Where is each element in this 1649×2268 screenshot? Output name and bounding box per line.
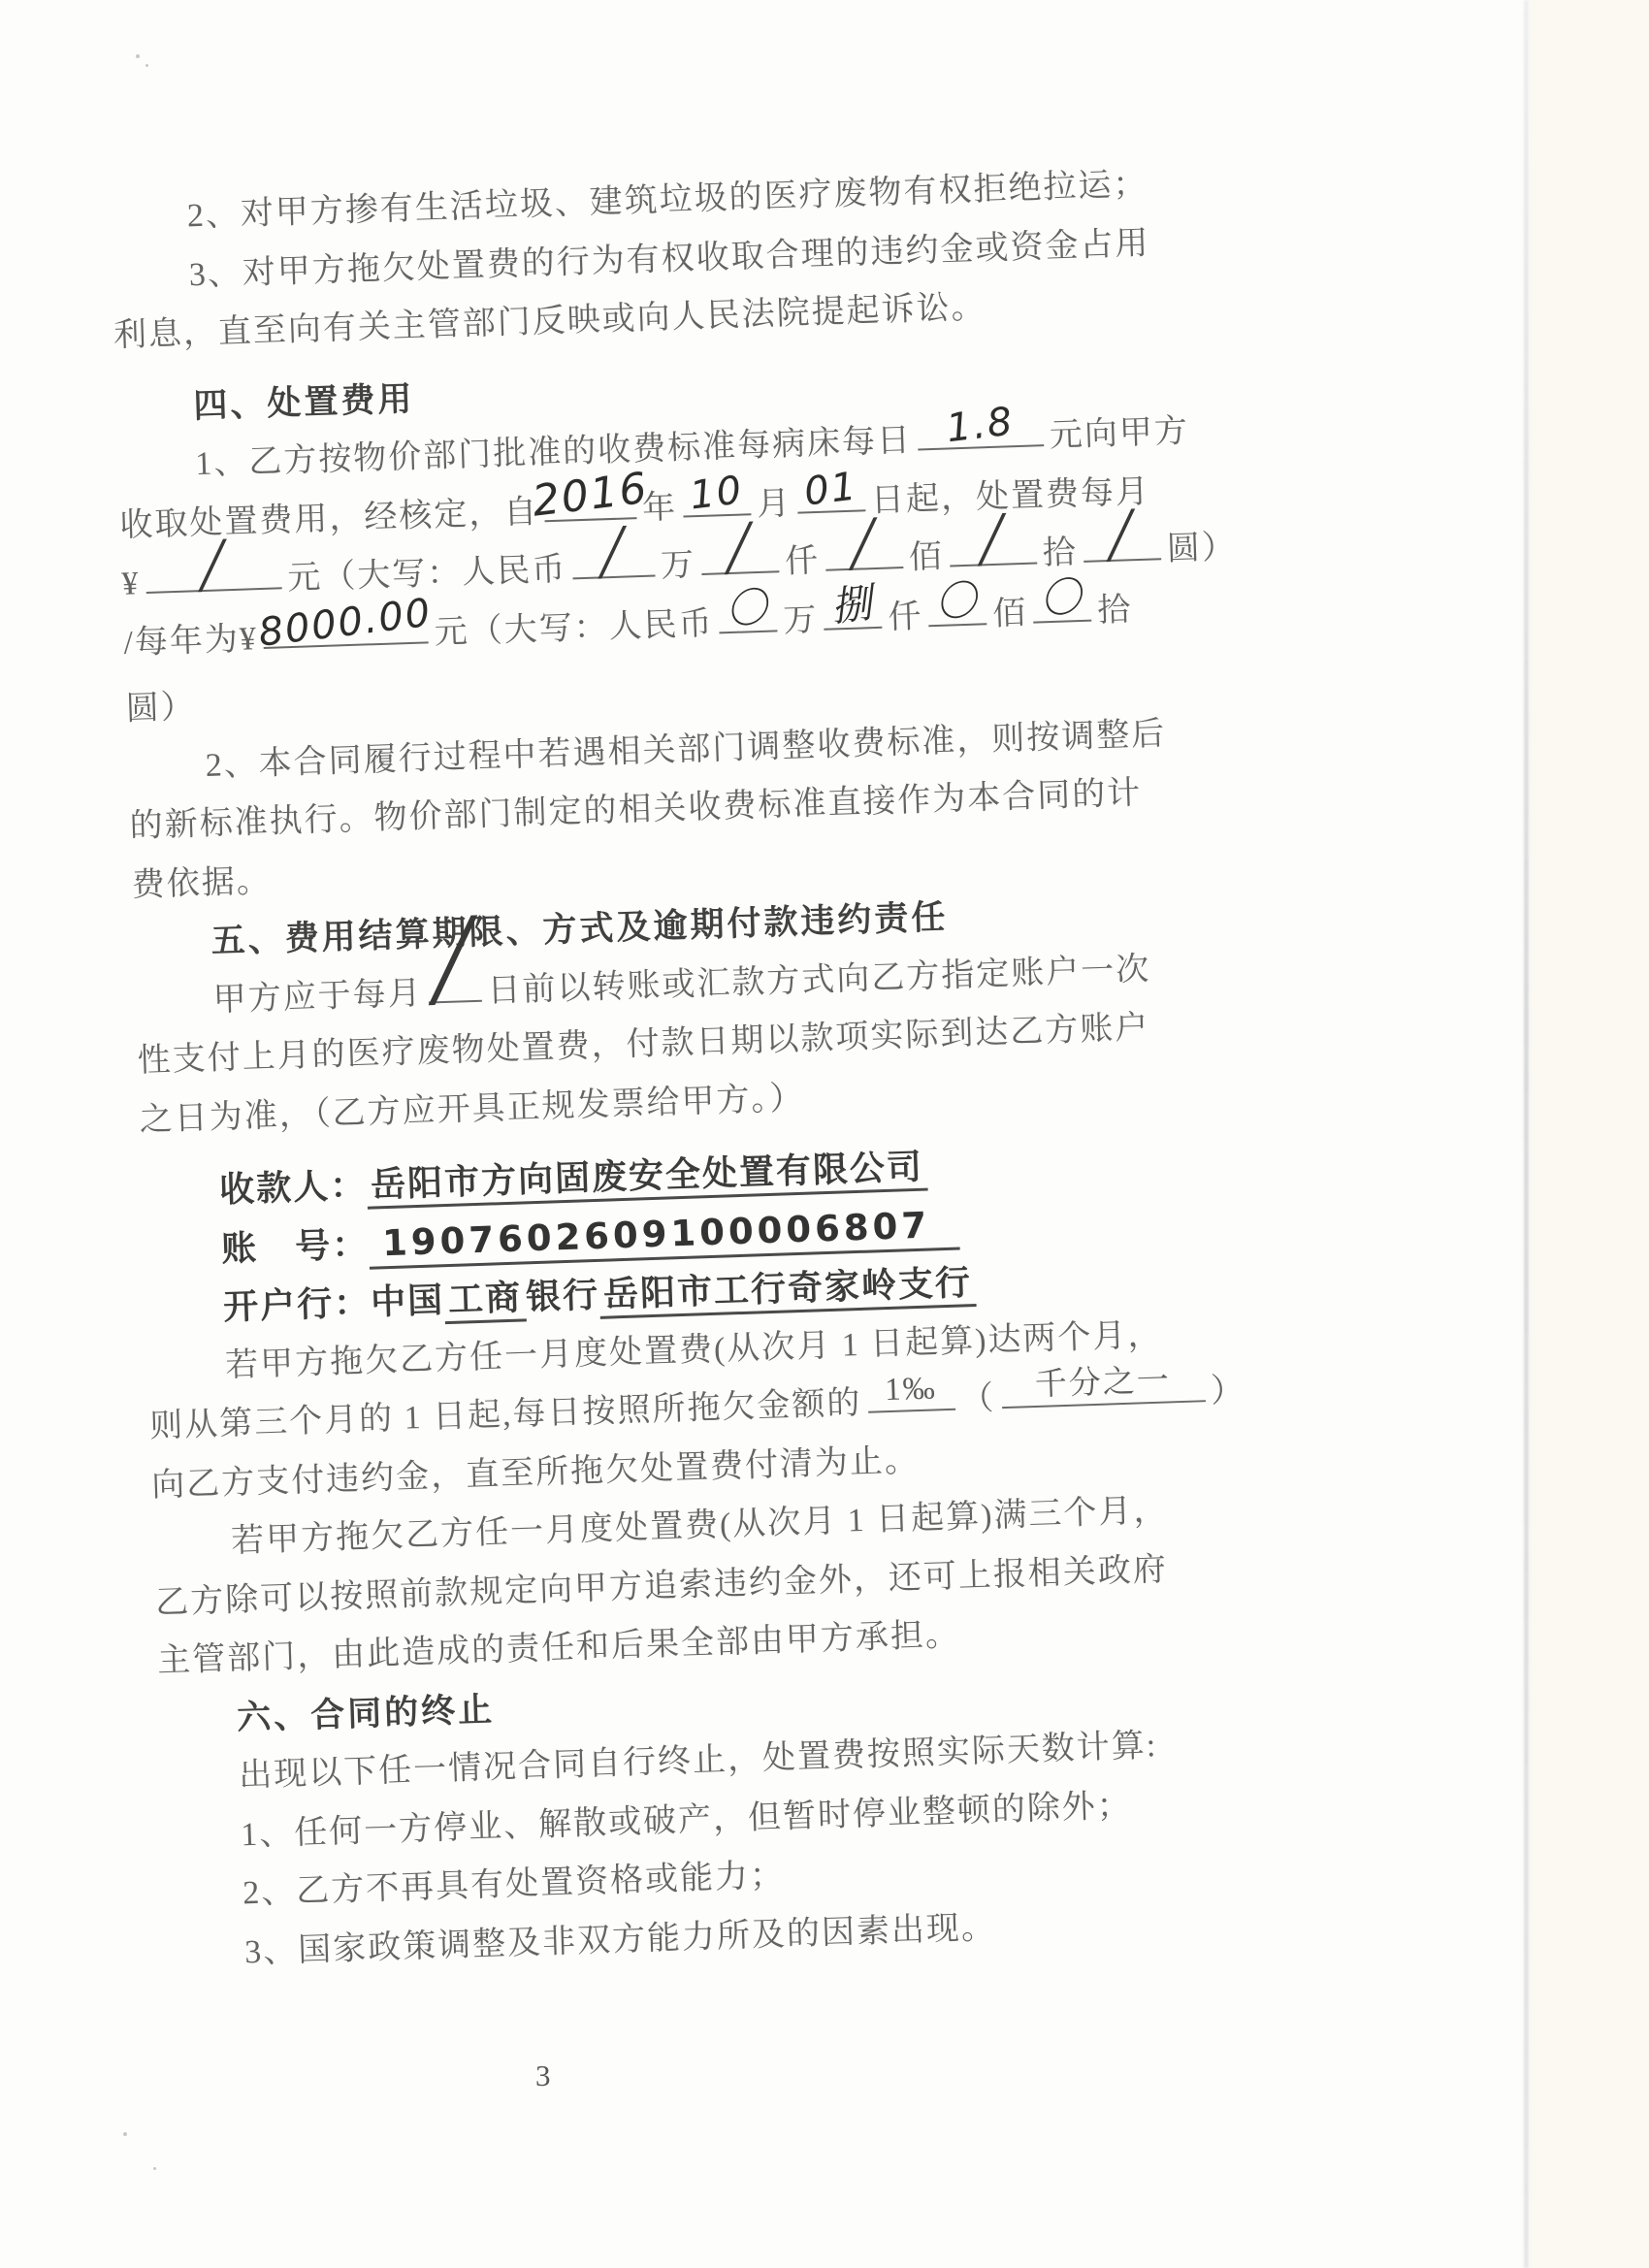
handwritten-slash: ╱: [429, 922, 479, 999]
yuan-blank: ╱: [1083, 548, 1161, 563]
handwritten-slash: ╱: [849, 521, 879, 567]
page-number: 3: [535, 2058, 551, 2093]
clause-text: 元向甲方: [1049, 413, 1189, 454]
scan-speck: [123, 2132, 127, 2136]
yearly-amount-blank: 8000.00: [264, 632, 429, 649]
monthly-amount-blank: ╱: [145, 577, 281, 594]
left-paren: （: [960, 1380, 996, 1417]
qian-blank-2: 捌: [824, 616, 882, 630]
heading-text: 六、合同的终止: [237, 1690, 496, 1736]
handwritten-month: 10: [688, 470, 745, 515]
contract-body: 2、对甲方掺有生活垃圾、建筑垃圾的医疗废物有权拒绝拉运； 3、对甲方拖欠处置费的…: [109, 155, 1235, 1985]
handwritten-daily-fee: 1.8: [945, 402, 1017, 448]
penalty-rate-cn-blank: 千分之一: [1001, 1390, 1205, 1409]
yuan-close: 圆）: [1166, 530, 1237, 567]
qian-label: 仟: [888, 599, 923, 635]
scan-speck: [136, 54, 140, 58]
wan-blank: ╱: [572, 566, 655, 580]
scan-speck: [145, 64, 148, 67]
scan-edge-line: [1524, 0, 1529, 2268]
wan-blank-2: 〇: [720, 620, 778, 633]
clause-text: 圆）: [125, 689, 196, 727]
account-label: 账 号：: [221, 1223, 370, 1268]
bai-blank: ╱: [825, 557, 903, 571]
day-blank: 01: [797, 500, 865, 513]
clause-text: 日前以转账或汇款方式向乙方指定账户一次: [487, 951, 1151, 1009]
clause-text: 元（大写：人民币: [434, 605, 714, 651]
qian-blank: ╱: [701, 561, 779, 575]
qian-label: 仟: [784, 543, 820, 580]
bai-label: 佰: [908, 539, 944, 576]
shi-label: 拾: [1042, 535, 1078, 571]
penalty-rate-chinese: 千分之一: [1034, 1365, 1171, 1402]
clause-text: 则从第三个月的 1 日起,每日按照所拖欠金额的: [149, 1385, 862, 1444]
clause-text: 收取处置费用，经核定，自: [119, 494, 539, 543]
handwritten-slash: ╱: [725, 525, 755, 570]
daily-fee-blank: 1.8: [918, 435, 1044, 450]
penalty-rate-blank: 1‰: [867, 1399, 954, 1413]
shi-blank-2: 〇: [1033, 609, 1091, 623]
clause-text: 甲方应于每月: [212, 975, 423, 1018]
heading-text: 四、处置费用: [193, 379, 415, 425]
penalty-rate: 1‰: [885, 1373, 938, 1407]
scan-speck: [153, 2167, 156, 2170]
month-label: 月: [756, 485, 792, 522]
scan-edge-zone: [1530, 0, 1649, 2268]
handwritten-day: 01: [802, 467, 859, 511]
clause-text: 2、乙方不再具有处置资格或能力；: [242, 1858, 786, 1912]
bank-label: 开户行：: [223, 1282, 372, 1327]
month-blank: 10: [683, 503, 751, 517]
yen-sign: ¥: [121, 566, 141, 602]
bank-branch: 岳阳市工行奇家岭支行: [598, 1262, 976, 1319]
handwritten-slash: ╱: [198, 542, 228, 588]
handwritten-slash: ╱: [598, 529, 629, 574]
shi-label: 拾: [1097, 592, 1133, 629]
right-paren: ）: [1211, 1373, 1246, 1409]
bai-label: 佰: [992, 595, 1028, 632]
clause-text: /每年为¥: [123, 621, 259, 662]
handwritten-year: 2016: [530, 467, 650, 523]
handwritten-capital-digit: 捌: [829, 582, 877, 628]
clause-text: 费依据。: [131, 862, 272, 903]
bank-name-part: 工商: [443, 1277, 526, 1324]
handwritten-capital-digit: 〇: [934, 578, 982, 624]
scanned-contract-page: 2、对甲方掺有生活垃圾、建筑垃圾的医疗废物有权拒绝拉运； 3、对甲方拖欠处置费的…: [0, 0, 1649, 2268]
bank-name-part: 银行: [525, 1275, 599, 1316]
wan-label: 万: [661, 547, 696, 584]
handwritten-slash: ╱: [978, 516, 1008, 562]
bank-name-part: 中国: [370, 1280, 444, 1321]
handwritten-capital-digit: 〇: [1039, 575, 1086, 621]
payee-label: 收款人：: [219, 1165, 368, 1210]
clause-text: 之日为准，（乙方应开具正规发票给甲方。）: [139, 1080, 805, 1138]
wan-label: 万: [783, 601, 819, 638]
bai-blank-2: 〇: [928, 613, 986, 627]
payment-day-blank: ╱: [429, 989, 482, 1003]
year-blank: 2016: [544, 507, 636, 522]
handwritten-capital-digit: 〇: [725, 585, 772, 631]
shi-blank: ╱: [950, 552, 1037, 567]
handwritten-slash: ╱: [1107, 512, 1137, 558]
